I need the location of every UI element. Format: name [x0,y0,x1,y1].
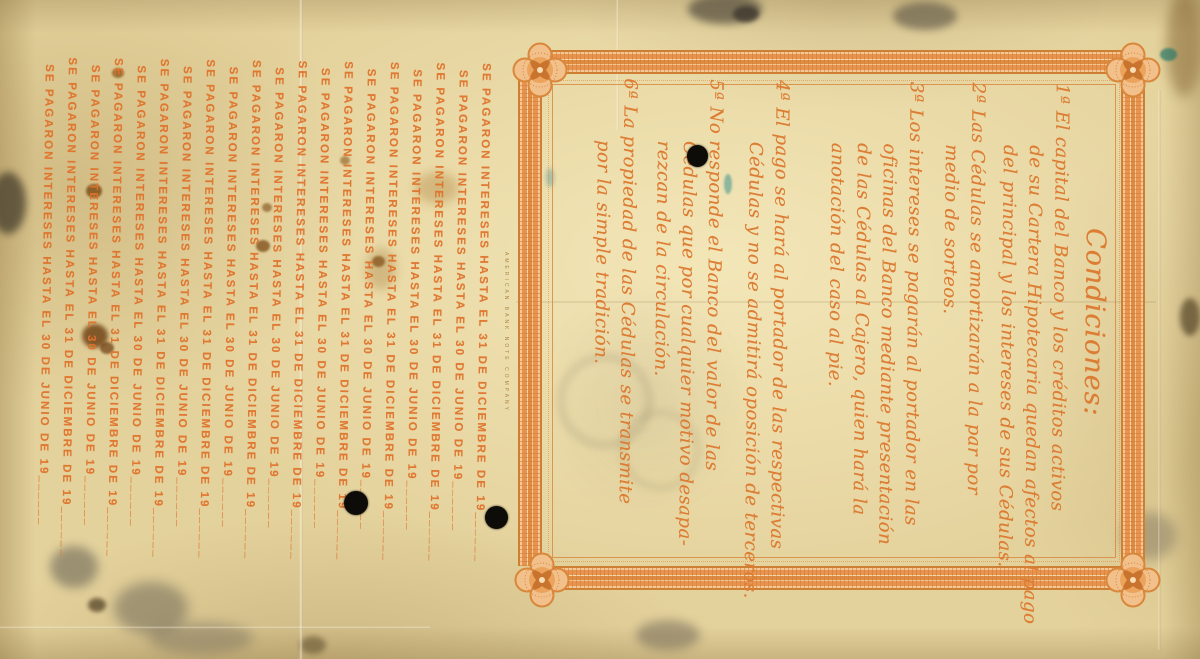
condition-clause-3-line-4: anotación del caso al pie. [824,143,847,387]
condition-clause-1-line-1: 1ª El capital del Banco y los créditos a… [1047,83,1072,511]
punch-hole [344,491,368,515]
condition-clause-3-line-3: de las Cédulas al Cajero, quien hará la [849,143,873,516]
condition-clause-5-line-3: rezcan de la circulación. [650,141,673,377]
condition-clause-1-line-2: de su Cartera Hipotecaria quedan afectos… [1019,145,1045,624]
conditions-title: Condiciones: [1078,228,1110,417]
condition-clause-3-line-2: oficinas del Banco mediante presentación [874,143,899,545]
condition-clause-2-line-2: medio de sorteos. [939,144,961,315]
punch-hole [687,145,708,167]
condition-clause-5-line-2: Cédulas que por cualquier motivo desapa- [674,141,699,546]
condition-clause-5-line-1: 5ª No responde el Banco del valor de las [701,79,726,471]
condition-clause-6-line-1: 6ª La propiedad de las Cédulas se transm… [615,78,640,504]
condition-clause-1-line-3: del principal y los intereses de sus Céd… [994,145,1019,568]
condition-clause-2-line-1: 2ª Las Cédulas se amortizarán a la par p… [963,82,988,494]
condition-clause-3-line-1: 3ª Los intereses se pagarán al portador … [901,82,926,526]
condition-clause-4-line-1: 4ª El pago se hará al portador de las re… [766,80,792,549]
punch-hole [485,506,508,529]
certificate-back-scan: SE PAGARON INTERESES HASTA EL 30 DE JUNI… [0,0,1200,659]
condition-clause-4-line-2: Cédulas y no se admitirá oposición de te… [740,142,765,599]
condition-clause-6-line-2: por la simple tradición. [590,140,613,365]
conditions-block: Condiciones: 1ª El capital del Banco y l… [0,0,1200,659]
